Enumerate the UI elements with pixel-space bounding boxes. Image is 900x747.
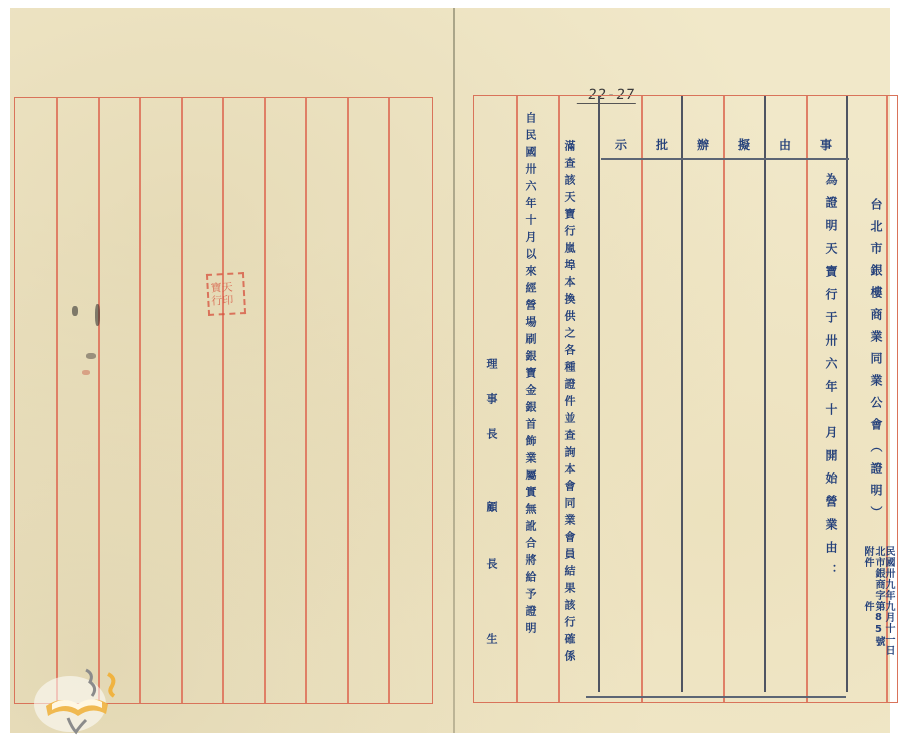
signature-name-3: 生 — [483, 633, 499, 644]
signature-name-2: 長 — [483, 558, 499, 569]
signature-title-1: 理事長 — [483, 358, 499, 463]
header-you: 由 — [765, 136, 805, 153]
left-page: 寶天行印 — [10, 8, 453, 733]
ink-smudge — [86, 353, 96, 359]
header-divider — [601, 158, 849, 160]
bottom-divider — [586, 696, 846, 698]
header-shi-instruct: 示 — [601, 136, 641, 153]
body-column-1: 滿查該天寶行嵐埠本換供之各種證件並查詢本會同業會員結果該行確係 — [561, 140, 577, 667]
header-ni: 擬 — [724, 136, 764, 153]
ink-smudge — [72, 306, 78, 316]
attachment-line: 附件 件 — [860, 546, 875, 612]
header-shi: 事 — [806, 136, 846, 153]
header-pi: 批 — [642, 136, 682, 153]
signature-name-1: 顧 — [483, 501, 499, 512]
library-logo-watermark-icon — [28, 656, 128, 736]
document-title: 台北市銀樓商業同業公會（證明） — [868, 198, 885, 528]
right-page: 22-27 事 由 擬 辦 批 示 台北市銀樓商業同業公會（證明） 民國卅九年九… — [453, 8, 890, 733]
ink-smudge — [95, 304, 100, 326]
subject-line: 為證明天寶行于卅六年十月開始營業由： — [823, 173, 840, 587]
header-ban: 辦 — [683, 136, 723, 153]
body-column-2: 自民國卅六年十月以來經營場刷銀寶金銀首飾業屬實無訛合將給予證明 — [522, 112, 538, 639]
ink-smudge — [82, 370, 90, 375]
red-seal-stamp: 寶天行印 — [206, 272, 246, 316]
scanned-document: 寶天行印 22-27 — [10, 8, 890, 733]
left-page-grid — [14, 97, 433, 704]
